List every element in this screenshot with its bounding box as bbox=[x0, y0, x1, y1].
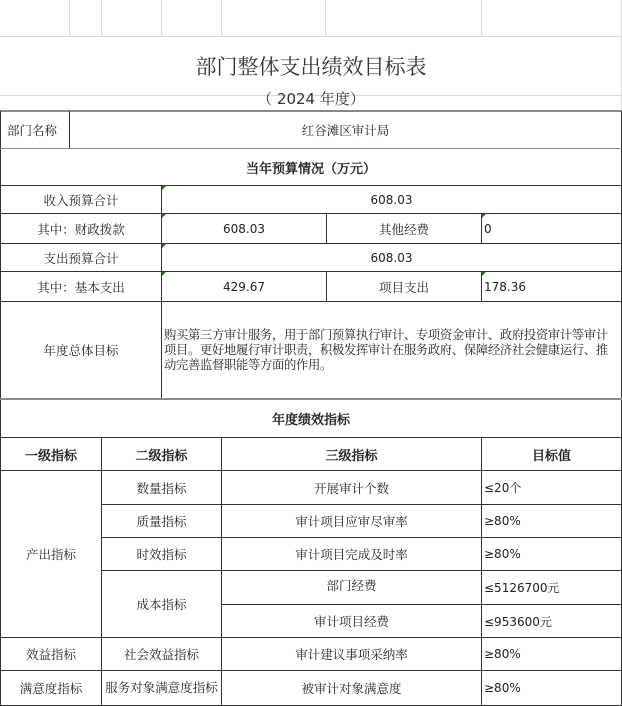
fiscal-label: 其中：财政拨款 bbox=[1, 214, 161, 243]
target-cell[interactable]: ≤5126700元 bbox=[482, 571, 621, 604]
level1-output: 产出指标 bbox=[1, 471, 101, 637]
level3-cell: 审计项目完成及时率 bbox=[222, 538, 481, 570]
level1-benefit: 效益指标 bbox=[1, 638, 101, 670]
other-funds-label: 其他经费 bbox=[327, 214, 481, 243]
level3-cell: 审计项目经费 bbox=[222, 605, 481, 637]
target-cell[interactable]: ≤953600元 bbox=[482, 605, 621, 637]
level2-cell: 质量指标 bbox=[102, 505, 221, 537]
project-expense-value[interactable]: 178.36 bbox=[482, 272, 621, 301]
level2-cell: 数量指标 bbox=[102, 471, 221, 504]
income-total-value[interactable]: 608.03 bbox=[162, 186, 621, 213]
level2-cell: 社会效益指标 bbox=[102, 638, 221, 670]
department-label: 部门名称 bbox=[1, 112, 69, 148]
gridline bbox=[101, 0, 102, 36]
target-cell[interactable]: ≥80% bbox=[482, 505, 621, 537]
level2-cell-cost: 成本指标 bbox=[102, 571, 221, 637]
expense-total-value[interactable]: 608.03 bbox=[162, 244, 621, 271]
other-funds-value[interactable]: 0 bbox=[482, 214, 621, 243]
level2-cell: 服务对象满意度指标 bbox=[102, 671, 221, 705]
income-total-label: 收入预算合计 bbox=[1, 186, 161, 213]
header-target: 目标值 bbox=[482, 438, 621, 470]
gridline bbox=[325, 0, 326, 36]
year-label: （ 2024 年度） bbox=[0, 84, 622, 112]
level3-cell: 开展审计个数 bbox=[222, 471, 481, 504]
department-name[interactable]: 红谷滩区审计局 bbox=[70, 112, 621, 148]
target-cell[interactable]: ≥80% bbox=[482, 538, 621, 570]
level3-cell: 部门经费 bbox=[222, 571, 481, 604]
gridline bbox=[481, 0, 482, 36]
annual-goal-label: 年度总体目标 bbox=[1, 302, 161, 398]
target-cell[interactable]: ≤20个 bbox=[482, 471, 621, 504]
gridline bbox=[161, 0, 162, 36]
gridline bbox=[69, 0, 70, 36]
header-level3: 三级指标 bbox=[222, 438, 481, 470]
expense-total-label: 支出预算合计 bbox=[1, 244, 161, 271]
level3-cell: 审计项目应审尽审率 bbox=[222, 505, 481, 537]
level1-satisfaction: 满意度指标 bbox=[1, 671, 101, 705]
level2-cell: 时效指标 bbox=[102, 538, 221, 570]
fiscal-value[interactable]: 608.03 bbox=[162, 214, 326, 243]
performance-section-title: 年度绩效指标 bbox=[1, 400, 621, 437]
target-cell[interactable]: ≥80% bbox=[482, 671, 621, 705]
header-level2: 二级指标 bbox=[102, 438, 221, 470]
level3-cell: 审计建议事项采纳率 bbox=[222, 638, 481, 670]
annual-goal-text[interactable]: 购买第三方审计服务，用于部门预算执行审计、专项资金审计、政府投资审计等审计项目。… bbox=[162, 302, 621, 398]
header-level1: 一级指标 bbox=[1, 438, 101, 470]
gridline bbox=[221, 0, 222, 36]
basic-expense-value[interactable]: 429.67 bbox=[162, 272, 326, 301]
target-cell[interactable]: ≥80% bbox=[482, 638, 621, 670]
level3-cell: 被审计对象满意度 bbox=[222, 671, 481, 705]
budget-section-title: 当年预算情况（万元） bbox=[1, 149, 621, 185]
project-expense-label: 项目支出 bbox=[327, 272, 481, 301]
basic-expense-label: 其中：基本支出 bbox=[1, 272, 161, 301]
